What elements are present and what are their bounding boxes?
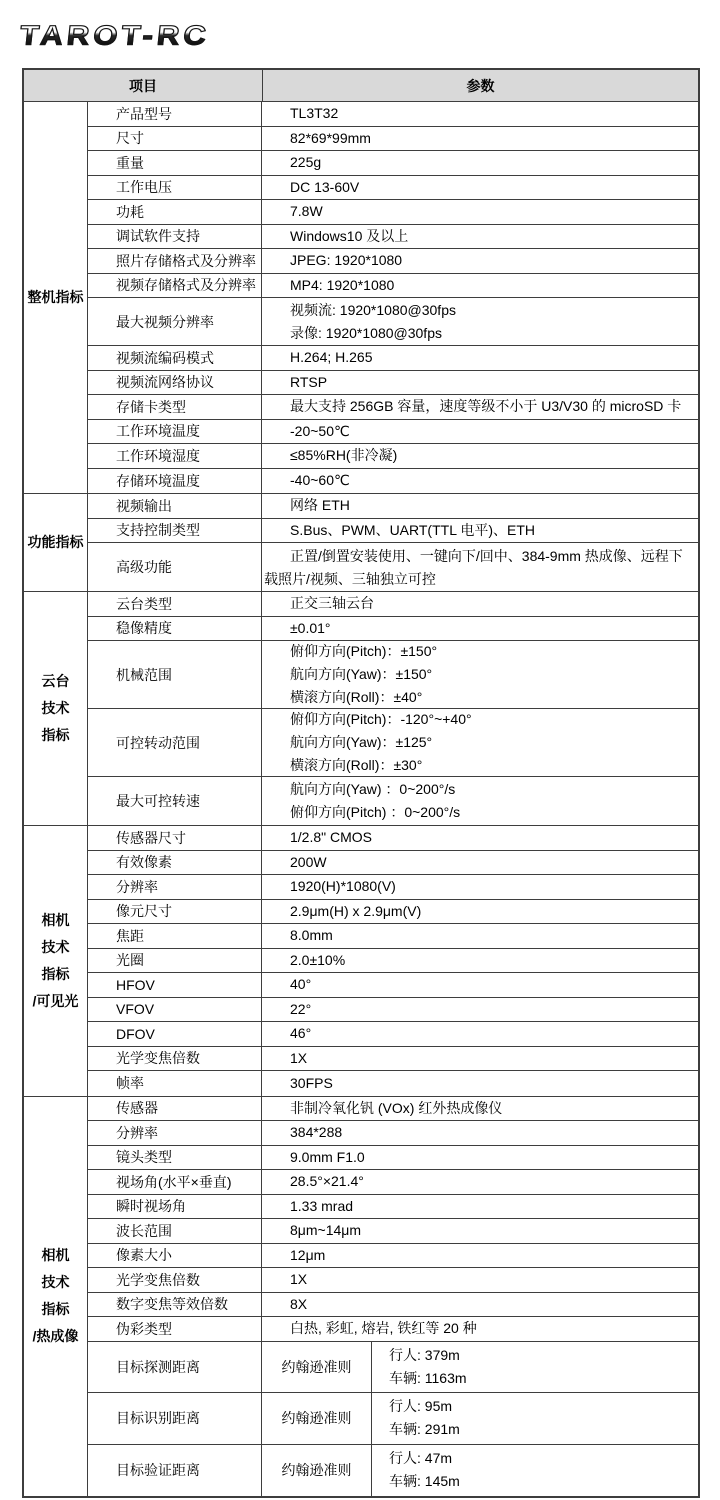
- item-cell: HFOV: [88, 973, 262, 997]
- item-cell: 分辨率: [88, 1121, 262, 1145]
- value-line: 28.5°×21.4°: [290, 1170, 698, 1193]
- value-cell: 1X: [262, 1047, 698, 1071]
- value-cell: 1.33 mrad: [262, 1195, 698, 1219]
- section-label-line: 整机指标: [28, 284, 84, 311]
- item-cell: 传感器: [88, 1097, 262, 1121]
- spec-row: 瞬时视场角1.33 mrad: [88, 1195, 698, 1220]
- table-header-row: 项目 参数: [24, 70, 698, 102]
- item-cell: 帧率: [88, 1071, 262, 1096]
- value-line: JPEG: 1920*1080: [290, 249, 698, 272]
- value-cell: 30FPS: [262, 1071, 698, 1096]
- value-line: 横滚方向(Roll)：±40°: [290, 686, 698, 709]
- spec-row: 光圈2.0±10%: [88, 949, 698, 974]
- value-cell: TL3T32: [262, 102, 698, 126]
- value-line: 2.9μm(H) x 2.9μm(V): [290, 900, 698, 923]
- value-line: 俯仰方向(Pitch)：-120°~+40°: [290, 708, 698, 731]
- section-rows: 传感器非制冷氧化钒 (VOx) 红外热成像仪分辨率384*288镜头类型9.0m…: [88, 1097, 698, 1497]
- item-cell: 光学变焦倍数: [88, 1047, 262, 1071]
- item-cell: 功耗: [88, 200, 262, 224]
- spec-row: 焦距8.0mm: [88, 924, 698, 949]
- item-cell: 工作环境温度: [88, 420, 262, 444]
- value-cell: 行人: 379m车辆: 1163m: [372, 1342, 698, 1393]
- value-cell: 46°: [262, 1022, 698, 1046]
- item-cell: 波长范围: [88, 1219, 262, 1243]
- item-cell: DFOV: [88, 1022, 262, 1046]
- value-line: 行人: 95m: [389, 1395, 698, 1418]
- value-line: -40~60℃: [290, 469, 698, 492]
- item-cell: 目标识别距离: [88, 1393, 262, 1444]
- value-line: ≤85%RH(非冷凝): [290, 444, 698, 467]
- value-cell: RTSP: [262, 371, 698, 395]
- section-row: 相机技术指标/可见光传感器尺寸1/2.8" CMOS有效像素200W分辨率192…: [24, 826, 698, 1097]
- spec-row: 调试软件支持Windows10 及以上: [88, 225, 698, 250]
- value-cell: 8X: [262, 1293, 698, 1317]
- section-label: 云台技术指标: [24, 592, 88, 825]
- value-cell: 航向方向(Yaw) ：0~200°/s俯仰方向(Pitch) ：0~200°/s: [262, 777, 698, 825]
- item-cell: 有效像素: [88, 851, 262, 875]
- value-line: 非制冷氧化钒 (VOx) 红外热成像仪: [290, 1097, 698, 1120]
- spec-row: 支持控制类型S.Bus、PWM、UART(TTL 电平)、ETH: [88, 519, 698, 544]
- spec-row: 视频输出网络 ETH: [88, 494, 698, 519]
- item-cell: 视频流网络协议: [88, 371, 262, 395]
- value-line: RTSP: [290, 371, 698, 394]
- value-line: 录像: 1920*1080@30fps: [290, 322, 698, 345]
- spec-row: 分辨率1920(H)*1080(V): [88, 875, 698, 900]
- item-cell: 稳像精度: [88, 617, 262, 641]
- value-cell: 最大支持 256GB 容量，速度等级不小于 U3/V30 的 microSD 卡: [262, 395, 698, 419]
- section-row: 相机技术指标/热成像传感器非制冷氧化钒 (VOx) 红外热成像仪分辨率384*2…: [24, 1097, 698, 1497]
- section-label-line: 技术: [42, 1269, 70, 1296]
- value-line: 俯仰方向(Pitch) ：0~200°/s: [290, 801, 698, 824]
- value-line: 航向方向(Yaw) ：0~200°/s: [290, 778, 698, 801]
- item-cell: 视场角(水平×垂直): [88, 1170, 262, 1194]
- value-cell: 82*69*99mm: [262, 127, 698, 151]
- value-line: H.264; H.265: [290, 346, 698, 369]
- value-cell: ±0.01°: [262, 617, 698, 641]
- value-line: 俯仰方向(Pitch)：±150°: [290, 640, 698, 663]
- value-cell: 7.8W: [262, 200, 698, 224]
- spec-row: 视场角(水平×垂直)28.5°×21.4°: [88, 1170, 698, 1195]
- value-cell: 12μm: [262, 1244, 698, 1268]
- value-cell: Windows10 及以上: [262, 225, 698, 249]
- item-cell: 存储卡类型: [88, 395, 262, 419]
- item-cell: 机械范围: [88, 641, 262, 708]
- value-cell: H.264; H.265: [262, 346, 698, 370]
- value-cell: 2.9μm(H) x 2.9μm(V): [262, 900, 698, 924]
- section-label-line: /热成像: [33, 1323, 79, 1350]
- value-line: 200W: [290, 851, 698, 874]
- value-line: 行人: 379m: [389, 1344, 698, 1367]
- value-cell: 正交三轴云台: [262, 592, 698, 616]
- section-label-line: 指标: [42, 961, 70, 988]
- value-line: 最大支持 256GB 容量，速度等级不小于 U3/V30 的 microSD 卡: [290, 395, 698, 418]
- spec-row: 最大可控转速航向方向(Yaw) ：0~200°/s俯仰方向(Pitch) ：0~…: [88, 777, 698, 825]
- spec-row: 目标探测距离约翰逊准则行人: 379m车辆: 1163m: [88, 1342, 698, 1394]
- section-label: 整机指标: [24, 102, 88, 493]
- item-cell: 目标验证距离: [88, 1445, 262, 1497]
- spec-row: 目标验证距离约翰逊准则行人: 47m车辆: 145m: [88, 1445, 698, 1497]
- spec-row: 存储环境温度-40~60℃: [88, 469, 698, 494]
- value-cell: -20~50℃: [262, 420, 698, 444]
- item-cell: 调试软件支持: [88, 225, 262, 249]
- item-cell: 可控转动范围: [88, 709, 262, 776]
- section-row: 功能指标视频输出网络 ETH支持控制类型S.Bus、PWM、UART(TTL 电…: [24, 494, 698, 592]
- value-cell: JPEG: 1920*1080: [262, 249, 698, 273]
- value-line: 正交三轴云台: [290, 592, 698, 615]
- value-line: 225g: [290, 151, 698, 174]
- value-line: S.Bus、PWM、UART(TTL 电平)、ETH: [290, 519, 698, 542]
- spec-row: 传感器尺寸1/2.8" CMOS: [88, 826, 698, 851]
- value-cell: MP4: 1920*1080: [262, 274, 698, 298]
- item-cell: 光学变焦倍数: [88, 1268, 262, 1292]
- value-line: 车辆: 145m: [389, 1470, 698, 1493]
- value-cell: -40~60℃: [262, 469, 698, 494]
- item-cell: 焦距: [88, 924, 262, 948]
- section-label-line: /可见光: [33, 988, 79, 1015]
- section-rows: 云台类型正交三轴云台稳像精度±0.01°机械范围俯仰方向(Pitch)：±150…: [88, 592, 698, 825]
- item-column-header: 项目: [24, 70, 263, 101]
- section-label: 相机技术指标/可见光: [24, 826, 88, 1096]
- section-row: 整机指标产品型号TL3T32尺寸82*69*99mm重量225g工作电压DC 1…: [24, 102, 698, 494]
- param-column-header: 参数: [263, 70, 698, 101]
- value-cell: 40°: [262, 973, 698, 997]
- section-label: 功能指标: [24, 494, 88, 591]
- tarot-rc-logo: TAROT-RC: [20, 16, 210, 54]
- value-cell: 8.0mm: [262, 924, 698, 948]
- value-line: 22°: [290, 998, 698, 1021]
- value-line: 40°: [290, 973, 698, 996]
- spec-row: 最大视频分辨率视频流: 1920*1080@30fps录像: 1920*1080…: [88, 298, 698, 346]
- spec-row: 视频流网络协议RTSP: [88, 371, 698, 396]
- value-cell: 正置/倒置安装使用、一键向下/回中、384-9mm 热成像、远程下载照片/视频、…: [262, 543, 698, 591]
- item-cell: 存储环境温度: [88, 469, 262, 494]
- item-cell: 分辨率: [88, 875, 262, 899]
- spec-row: 尺寸82*69*99mm: [88, 127, 698, 152]
- section-label: 相机技术指标/热成像: [24, 1097, 88, 1497]
- value-line: 1X: [290, 1268, 698, 1291]
- item-cell: 瞬时视场角: [88, 1195, 262, 1219]
- table-body: 整机指标产品型号TL3T32尺寸82*69*99mm重量225g工作电压DC 1…: [24, 102, 698, 1496]
- spec-row: 像素大小12μm: [88, 1244, 698, 1269]
- item-cell: 支持控制类型: [88, 519, 262, 543]
- value-line: 8X: [290, 1293, 698, 1316]
- spec-row: 工作环境温度-20~50℃: [88, 420, 698, 445]
- spec-row: 工作电压DC 13-60V: [88, 176, 698, 201]
- item-cell: 产品型号: [88, 102, 262, 126]
- section-label-line: 相机: [42, 1242, 70, 1269]
- value-line: 384*288: [290, 1121, 698, 1144]
- value-line: 网络 ETH: [290, 494, 698, 517]
- item-cell: VFOV: [88, 998, 262, 1022]
- value-cell: 2.0±10%: [262, 949, 698, 973]
- item-cell: 视频流编码模式: [88, 346, 262, 370]
- spec-row: 云台类型正交三轴云台: [88, 592, 698, 617]
- value-line: Windows10 及以上: [290, 225, 698, 248]
- item-cell: 像元尺寸: [88, 900, 262, 924]
- value-cell: 俯仰方向(Pitch)：-120°~+40°航向方向(Yaw)：±125°横滚方…: [262, 709, 698, 776]
- spec-row: 工作环境湿度≤85%RH(非冷凝): [88, 444, 698, 469]
- value-line: 横滚方向(Roll)：±30°: [290, 754, 698, 777]
- spec-row: 分辨率384*288: [88, 1121, 698, 1146]
- value-line: 1/2.8" CMOS: [290, 826, 698, 849]
- value-line: 30FPS: [290, 1072, 698, 1095]
- item-cell: 重量: [88, 151, 262, 175]
- item-cell: 照片存储格式及分辨率: [88, 249, 262, 273]
- value-cell: 28.5°×21.4°: [262, 1170, 698, 1194]
- spec-row: 数字变焦等效倍数8X: [88, 1293, 698, 1318]
- section-label-line: 技术: [42, 934, 70, 961]
- value-cell: 8μm~14μm: [262, 1219, 698, 1243]
- value-cell: 行人: 95m车辆: 291m: [372, 1393, 698, 1444]
- item-cell: 工作环境湿度: [88, 444, 262, 468]
- value-cell: 200W: [262, 851, 698, 875]
- criterion-cell: 约翰逊准则: [262, 1342, 372, 1393]
- spec-row: 伪彩类型白热, 彩虹, 熔岩, 铁红等 20 种: [88, 1317, 698, 1342]
- item-cell: 伪彩类型: [88, 1317, 262, 1341]
- spec-row: 有效像素200W: [88, 851, 698, 876]
- section-rows: 产品型号TL3T32尺寸82*69*99mm重量225g工作电压DC 13-60…: [88, 102, 698, 493]
- spec-row: VFOV22°: [88, 998, 698, 1023]
- value-line: 航向方向(Yaw)：±125°: [290, 731, 698, 754]
- value-line: DC 13-60V: [290, 176, 698, 199]
- spec-row: 波长范围8μm~14μm: [88, 1219, 698, 1244]
- spec-table: 项目 参数 整机指标产品型号TL3T32尺寸82*69*99mm重量225g工作…: [22, 68, 700, 1498]
- spec-row: 稳像精度±0.01°: [88, 617, 698, 642]
- value-line: ±0.01°: [290, 617, 698, 640]
- item-cell: 高级功能: [88, 543, 262, 591]
- item-cell: 尺寸: [88, 127, 262, 151]
- criterion-cell: 约翰逊准则: [262, 1445, 372, 1497]
- item-cell: 云台类型: [88, 592, 262, 616]
- section-label-line: 指标: [42, 722, 70, 749]
- spec-row: 光学变焦倍数1X: [88, 1268, 698, 1293]
- value-line: 82*69*99mm: [290, 127, 698, 150]
- value-line: 行人: 47m: [389, 1447, 698, 1470]
- section-label-line: 功能指标: [28, 529, 84, 556]
- item-cell: 像素大小: [88, 1244, 262, 1268]
- value-line: 1X: [290, 1047, 698, 1070]
- section-row: 云台技术指标云台类型正交三轴云台稳像精度±0.01°机械范围俯仰方向(Pitch…: [24, 592, 698, 826]
- value-cell: 行人: 47m车辆: 145m: [372, 1445, 698, 1497]
- spec-row: 镜头类型9.0mm F1.0: [88, 1146, 698, 1171]
- value-cell: S.Bus、PWM、UART(TTL 电平)、ETH: [262, 519, 698, 543]
- spec-row: 重量225g: [88, 151, 698, 176]
- value-cell: 225g: [262, 151, 698, 175]
- item-cell: 目标探测距离: [88, 1342, 262, 1393]
- spec-row: 功耗7.8W: [88, 200, 698, 225]
- spec-row: HFOV40°: [88, 973, 698, 998]
- item-cell: 视频存储格式及分辨率: [88, 274, 262, 298]
- value-cell: 俯仰方向(Pitch)：±150°航向方向(Yaw)：±150°横滚方向(Rol…: [262, 641, 698, 708]
- value-cell: 1X: [262, 1268, 698, 1292]
- section-label-line: 相机: [42, 907, 70, 934]
- value-cell: 9.0mm F1.0: [262, 1146, 698, 1170]
- spec-row: 目标识别距离约翰逊准则行人: 95m车辆: 291m: [88, 1393, 698, 1445]
- value-line: 12μm: [290, 1244, 698, 1267]
- value-line: 9.0mm F1.0: [290, 1146, 698, 1169]
- value-line: -20~50℃: [290, 420, 698, 443]
- value-cell: 非制冷氧化钒 (VOx) 红外热成像仪: [262, 1097, 698, 1121]
- section-label-line: 云台: [42, 668, 70, 695]
- spec-row: 帧率30FPS: [88, 1071, 698, 1096]
- section-label-line: 技术: [42, 695, 70, 722]
- item-cell: 数字变焦等效倍数: [88, 1293, 262, 1317]
- spec-row: DFOV46°: [88, 1022, 698, 1047]
- spec-row: 视频存储格式及分辨率MP4: 1920*1080: [88, 274, 698, 299]
- spec-row: 可控转动范围俯仰方向(Pitch)：-120°~+40°航向方向(Yaw)：±1…: [88, 709, 698, 777]
- value-line: 1920(H)*1080(V): [290, 875, 698, 898]
- section-rows: 视频输出网络 ETH支持控制类型S.Bus、PWM、UART(TTL 电平)、E…: [88, 494, 698, 591]
- value-line: 8μm~14μm: [290, 1219, 698, 1242]
- section-rows: 传感器尺寸1/2.8" CMOS有效像素200W分辨率1920(H)*1080(…: [88, 826, 698, 1096]
- value-line: 1.33 mrad: [290, 1195, 698, 1218]
- spec-row: 机械范围俯仰方向(Pitch)：±150°航向方向(Yaw)：±150°横滚方向…: [88, 641, 698, 709]
- value-line: 2.0±10%: [290, 949, 698, 972]
- value-line: 8.0mm: [290, 924, 698, 947]
- logo-text: TAROT-RC: [19, 21, 212, 48]
- value-line: MP4: 1920*1080: [290, 274, 698, 297]
- criterion-cell: 约翰逊准则: [262, 1393, 372, 1444]
- item-cell: 视频输出: [88, 494, 262, 518]
- value-line: 视频流: 1920*1080@30fps: [290, 299, 698, 322]
- value-line: 车辆: 1163m: [389, 1367, 698, 1390]
- value-line: 7.8W: [290, 200, 698, 223]
- spec-row: 视频流编码模式H.264; H.265: [88, 346, 698, 371]
- value-cell: 22°: [262, 998, 698, 1022]
- spec-row: 照片存储格式及分辨率JPEG: 1920*1080: [88, 249, 698, 274]
- value-cell: ≤85%RH(非冷凝): [262, 444, 698, 468]
- item-cell: 最大可控转速: [88, 777, 262, 825]
- value-cell: 白热, 彩虹, 熔岩, 铁红等 20 种: [262, 1317, 698, 1341]
- value-line: 46°: [290, 1022, 698, 1045]
- value-cell: 1920(H)*1080(V): [262, 875, 698, 899]
- value-cell: 1/2.8" CMOS: [262, 826, 698, 850]
- spec-row: 传感器非制冷氧化钒 (VOx) 红外热成像仪: [88, 1097, 698, 1122]
- item-cell: 传感器尺寸: [88, 826, 262, 850]
- section-label-line: 指标: [42, 1296, 70, 1323]
- spec-row: 存储卡类型最大支持 256GB 容量，速度等级不小于 U3/V30 的 micr…: [88, 395, 698, 420]
- spec-row: 高级功能正置/倒置安装使用、一键向下/回中、384-9mm 热成像、远程下载照片…: [88, 543, 698, 591]
- value-cell: 网络 ETH: [262, 494, 698, 518]
- value-line: 航向方向(Yaw)：±150°: [290, 663, 698, 686]
- item-cell: 工作电压: [88, 176, 262, 200]
- value-line: TL3T32: [290, 102, 698, 125]
- spec-row: 产品型号TL3T32: [88, 102, 698, 127]
- item-cell: 光圈: [88, 949, 262, 973]
- value-line: 白热, 彩虹, 熔岩, 铁红等 20 种: [290, 1317, 698, 1340]
- spec-row: 像元尺寸2.9μm(H) x 2.9μm(V): [88, 900, 698, 925]
- value-cell: 视频流: 1920*1080@30fps录像: 1920*1080@30fps: [262, 298, 698, 345]
- value-cell: DC 13-60V: [262, 176, 698, 200]
- value-cell: 384*288: [262, 1121, 698, 1145]
- value-line: 车辆: 291m: [389, 1418, 698, 1441]
- item-cell: 镜头类型: [88, 1146, 262, 1170]
- spec-row: 光学变焦倍数1X: [88, 1047, 698, 1072]
- item-cell: 最大视频分辨率: [88, 298, 262, 345]
